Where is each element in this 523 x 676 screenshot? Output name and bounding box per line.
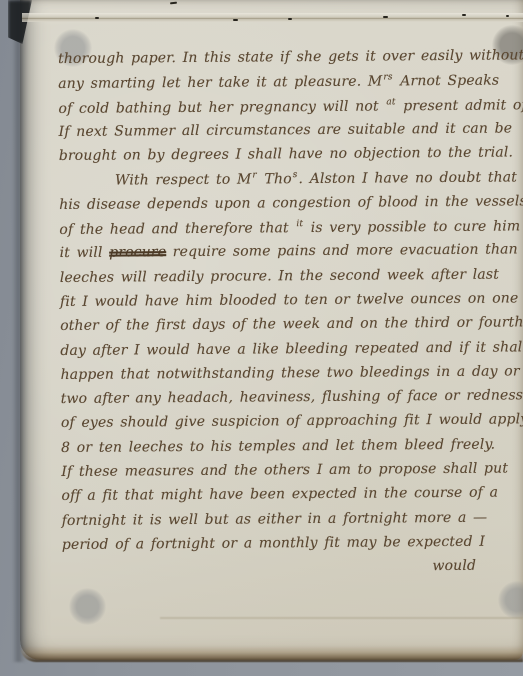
superscript-insertion: rs: [383, 73, 392, 83]
stitch-speck: [288, 18, 292, 20]
line-text: two after any headach, heaviness, flushi…: [61, 388, 523, 408]
binding-page-edges: [12, 0, 28, 662]
struck-out-word: procure: [109, 245, 166, 261]
letter-line: of eyes should give suspicion of approac…: [61, 412, 513, 440]
line-text: brought on by degrees I shall have no ob…: [59, 145, 513, 165]
letter-line: If these measures and the others I am to…: [61, 460, 513, 488]
line-text: it will: [60, 245, 110, 261]
stitch-speck: [462, 14, 466, 16]
stitch-speck: [95, 17, 99, 19]
line-text: fortnight it is well but as either in a …: [62, 509, 488, 528]
letter-line: If next Summer all circumstances are sui…: [59, 120, 511, 148]
line-text: period of a fortnight or a monthly fit m…: [62, 534, 485, 553]
letter-line: 8 or ten leeches to his temples and let …: [61, 436, 513, 464]
line-text: Arnot Speaks: [394, 73, 500, 90]
letter-line: fortnight it is well but as either in a …: [62, 509, 514, 537]
line-text: of eyes should give suspicion of approac…: [61, 412, 523, 432]
line-text: If next Summer all circumstances are sui…: [59, 120, 513, 140]
line-text: If these measures and the others I am to…: [61, 461, 508, 481]
line-text: With respect to M: [115, 172, 252, 189]
line-text: is very possible to cure him but: [304, 218, 523, 236]
page-bottom-edge: [20, 646, 523, 662]
line-text: thorough paper. In this state if she get…: [58, 47, 523, 67]
stitch-speck: [506, 15, 509, 17]
letter-line: happen that notwithstanding these two bl…: [60, 363, 512, 391]
line-text: require some pains and more evacuation t…: [166, 242, 518, 261]
letter-line: off a fit that might have been expected …: [61, 485, 513, 513]
line-text: . Alston I have no doubt that: [298, 170, 517, 188]
letter-line: brought on by degrees I shall have no ob…: [59, 145, 511, 173]
stitch-speck: [383, 16, 388, 18]
letter-line: period of a fortnight or a monthly fit m…: [62, 533, 514, 561]
letter-line: other of the first days of the week and …: [60, 315, 512, 343]
letter-line: fit I would have him blooded to ten or t…: [60, 290, 512, 318]
letter-line: it will procure require some pains and m…: [60, 242, 512, 270]
line-text: fit I would have him blooded to ten or t…: [60, 290, 523, 310]
line-text: present admit of it.: [397, 97, 523, 114]
letter-line: leeches will readily procure. In the sec…: [60, 266, 512, 294]
line-text: leeches will readily procure. In the sec…: [60, 266, 499, 285]
seal-mark-bottom-left: [69, 588, 106, 625]
line-text: off a fit that might have been expected …: [61, 485, 498, 504]
line-text: happen that notwithstanding these two bl…: [60, 363, 519, 383]
letter-line: of cold bathing but her pregnancy will n…: [58, 96, 510, 124]
superscript-insertion: r: [252, 171, 257, 181]
letter-line: With respect to Mr Thos. Alston I have n…: [59, 169, 511, 197]
letter-line: day after I would have a like bleeding r…: [60, 339, 512, 367]
catchword: would: [62, 558, 514, 586]
letter-line: any smarting let her take it at pleasure…: [58, 72, 510, 100]
letter-line: thorough paper. In this state if she get…: [58, 47, 510, 75]
scanned-manuscript: thorough paper. In this state if she get…: [0, 0, 523, 676]
line-text: Tho: [258, 172, 292, 188]
superscript-insertion: at: [386, 97, 395, 107]
line-text: other of the first days of the week and …: [60, 315, 523, 335]
line-text: any smarting let her take it at pleasure…: [58, 74, 382, 93]
letter-line: two after any headach, heaviness, flushi…: [61, 388, 513, 416]
stitch-speck: [233, 19, 238, 21]
superscript-insertion: s: [293, 171, 298, 181]
superscript-insertion: it: [296, 219, 303, 229]
line-text: 8 or ten leeches to his temples and let …: [61, 436, 495, 455]
letter-line: his disease depends upon a congestion of…: [59, 193, 511, 221]
bottom-crease: [160, 617, 523, 619]
letter-body: thorough paper. In this state if she get…: [58, 47, 514, 585]
line-text: of the head and therefore that: [59, 220, 295, 238]
line-text: of cold bathing but her pregnancy will n…: [58, 98, 385, 117]
letter-line: of the head and therefore that it is ver…: [59, 218, 511, 246]
line-text: his disease depends upon a congestion of…: [59, 193, 523, 213]
line-text: day after I would have a like bleeding r…: [60, 339, 523, 359]
